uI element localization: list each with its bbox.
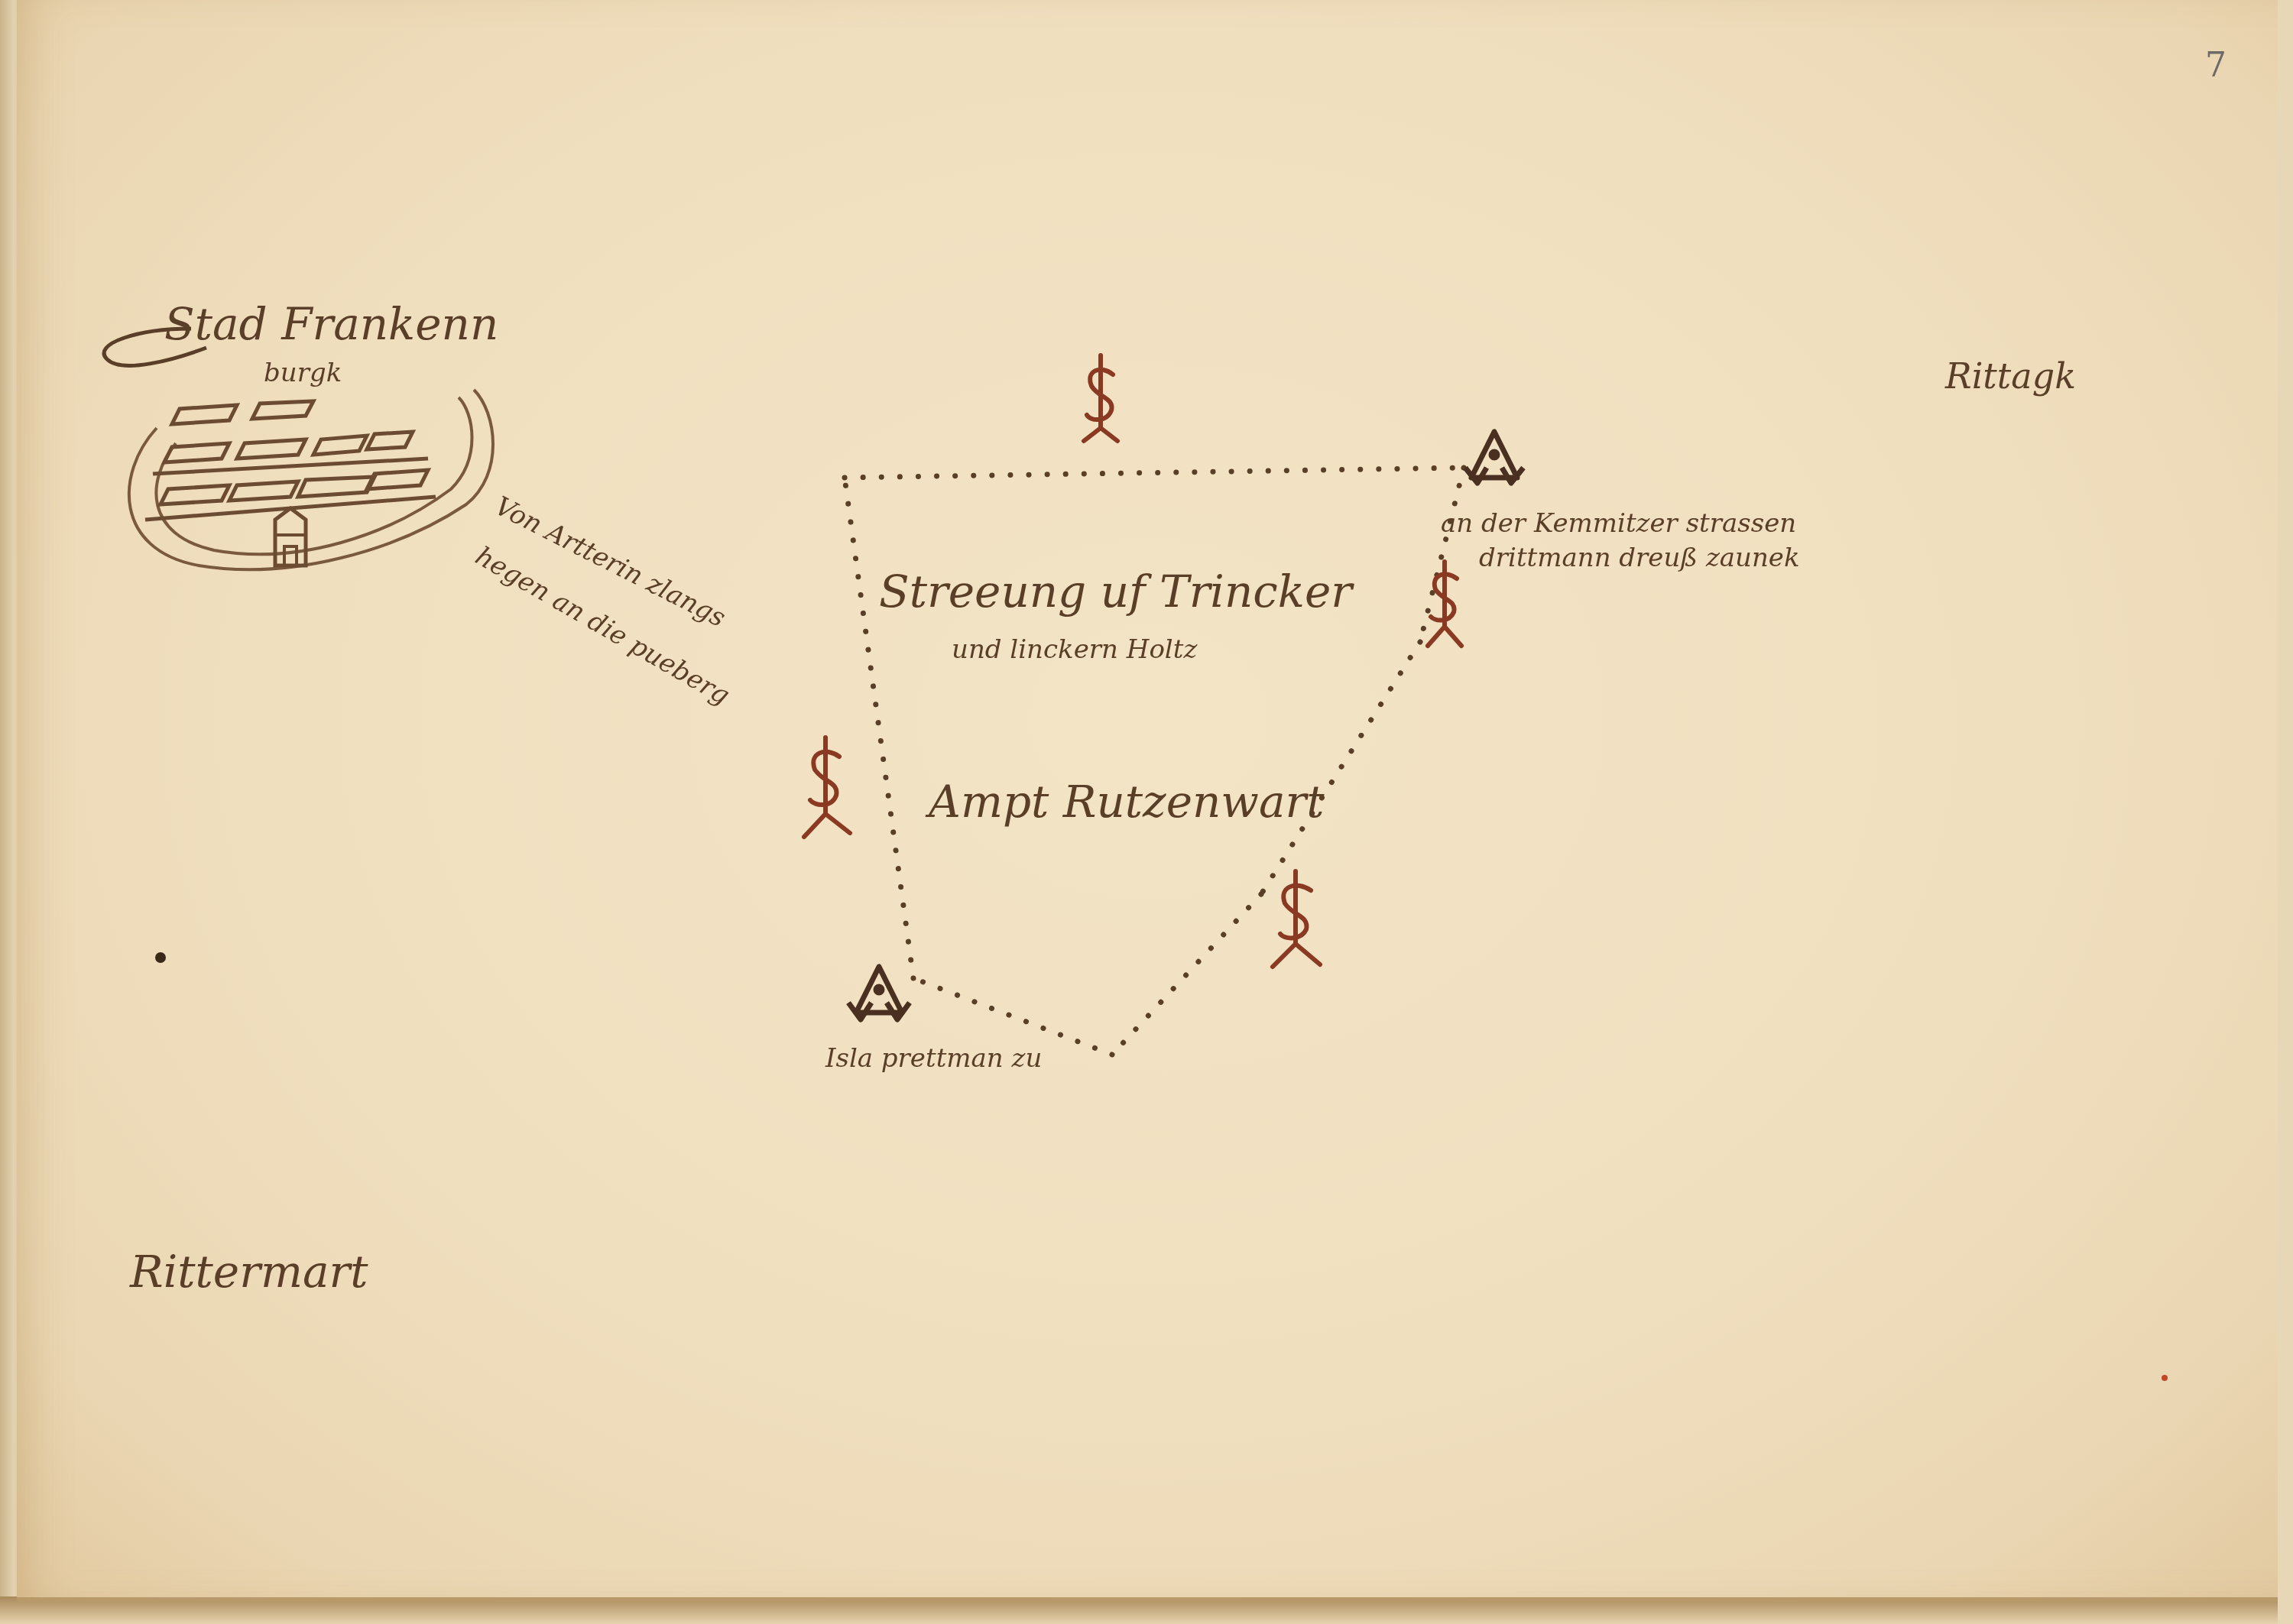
forest-label: Streeung uf Trincker: [879, 566, 1352, 618]
note-bottom: Isla prettman zu: [825, 1043, 1042, 1074]
town-sub-label: burgk: [264, 358, 342, 388]
note-right-line2: drittmann dreuß zaunek: [1479, 543, 1800, 573]
boundary-cross-marker: [1273, 871, 1320, 967]
ink-dot: [155, 952, 166, 963]
red-speck: [2162, 1375, 2168, 1381]
district-label: Ampt Rutzenwart: [929, 776, 1325, 828]
boundary-line: [845, 468, 1464, 1055]
southwest-place-label: Rittermart: [130, 1246, 368, 1298]
note-right-line1: an der Kemmitzer strassen: [1441, 508, 1796, 539]
landmark-markers: [848, 432, 1523, 1019]
boundary-cross-marker: [804, 737, 850, 837]
boundary-cross-marker: [1084, 355, 1117, 441]
triangle-landmark-marker: [848, 967, 910, 1019]
boundary-cross-marker: [1428, 562, 1461, 646]
town-label: Stad Frankenn: [164, 298, 498, 350]
triangle-landmark-marker: [1465, 432, 1523, 483]
forest-sub-label: und linckern Holtz: [952, 634, 1197, 665]
east-place-label: Rittagk: [1945, 355, 2076, 397]
